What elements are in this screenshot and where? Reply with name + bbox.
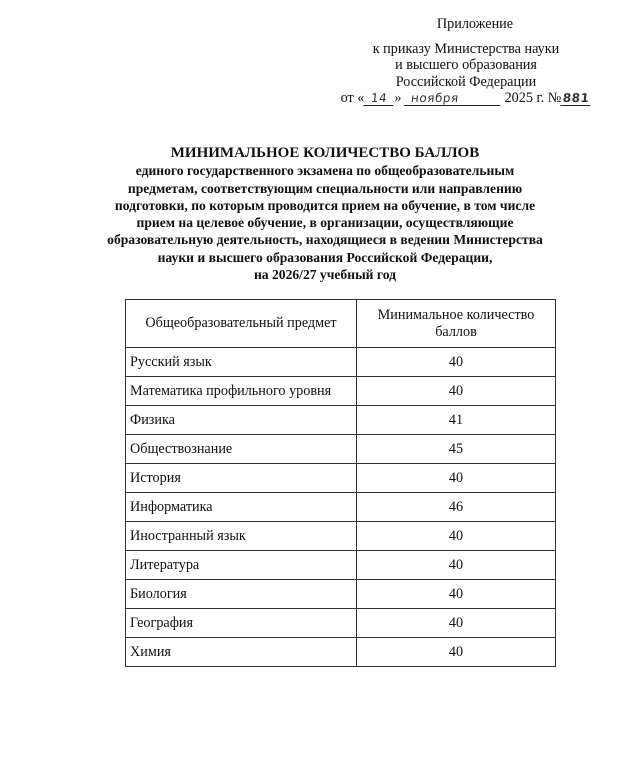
score-cell: 40 [357,609,556,638]
score-cell: 45 [357,435,556,464]
subject-cell: Физика [126,406,357,435]
score-cell: 40 [357,580,556,609]
annex-line-1: к приказу Министерства науки [316,41,616,58]
score-cell: 40 [357,377,556,406]
table-row: Математика профильного уровня40 [126,377,556,406]
annex-line-3: Российской Федерации [316,74,616,91]
heading-line-5: образовательную деятельность, находящиес… [60,231,590,248]
header-min-score: Минимальное количество баллов [357,300,556,348]
heading-line-1: единого государственного экзамена по общ… [60,162,590,179]
score-cell: 40 [357,551,556,580]
table-row: Химия40 [126,638,556,667]
subject-cell: Литература [126,551,357,580]
table-row: География40 [126,609,556,638]
subject-cell: Химия [126,638,357,667]
handwritten-month: ноября [404,92,501,106]
table-row: Информатика46 [126,493,556,522]
score-cell: 40 [357,464,556,493]
table-row: Литература40 [126,551,556,580]
table-header-row: Общеобразовательный предмет Минимальное … [126,300,556,348]
subject-cell: География [126,609,357,638]
handwritten-order-number: 881 [561,92,592,106]
document-heading: МИНИМАЛЬНОЕ КОЛИЧЕСТВО БАЛЛОВ единого го… [60,145,590,283]
scores-table: Общеобразовательный предмет Минимальное … [125,299,556,667]
order-date-line: от «14» ноября 2025 г. №881 [316,90,616,107]
table-row: Иностранный язык40 [126,522,556,551]
table-row: История40 [126,464,556,493]
subject-cell: Математика профильного уровня [126,377,357,406]
heading-line-3: подготовки, по которым проводится прием … [60,197,590,214]
heading-line-6: науки и высшего образования Российской Ф… [60,249,590,266]
subject-cell: Информатика [126,493,357,522]
table-row: Обществознание45 [126,435,556,464]
annex-title: Приложение [334,16,616,33]
subject-cell: Русский язык [126,348,357,377]
heading-main: МИНИМАЛЬНОЕ КОЛИЧЕСТВО БАЛЛОВ [60,145,590,162]
year-text: 2025 г. № [505,90,562,106]
annex-line-2: и высшего образования [316,57,616,74]
score-cell: 40 [357,522,556,551]
heading-line-2: предметам, соответствующим специальности… [60,180,590,197]
table-body: Русский язык40Математика профильного уро… [126,348,556,667]
handwritten-day: 14 [364,92,395,106]
heading-line-7: на 2026/27 учебный год [60,266,590,283]
score-cell: 40 [357,348,556,377]
subject-cell: История [126,464,357,493]
table-row: Русский язык40 [126,348,556,377]
score-cell: 41 [357,406,556,435]
subject-cell: Иностранный язык [126,522,357,551]
score-cell: 40 [357,638,556,667]
table-row: Биология40 [126,580,556,609]
header-subject: Общеобразовательный предмет [126,300,357,348]
annex-block: Приложение к приказу Министерства науки … [316,16,616,107]
date-mid: » [394,90,401,106]
heading-line-4: прием на целевое обучение, в организации… [60,214,590,231]
score-cell: 46 [357,493,556,522]
subject-cell: Обществознание [126,435,357,464]
date-prefix: от « [341,90,365,106]
subject-cell: Биология [126,580,357,609]
table-row: Физика41 [126,406,556,435]
